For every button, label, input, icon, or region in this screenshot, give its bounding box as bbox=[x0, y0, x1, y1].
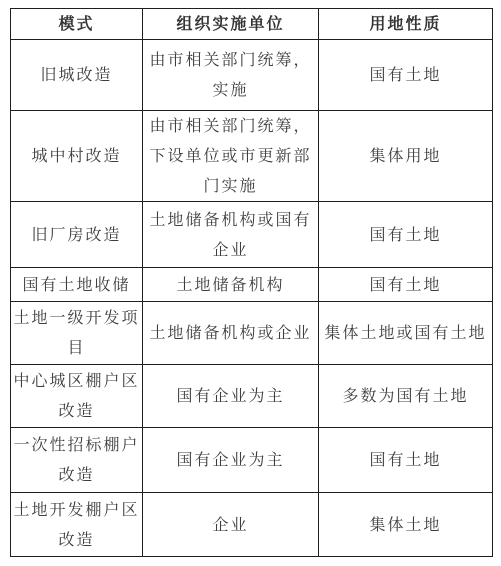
column-header-implementing-unit: 组织实施单位 bbox=[143, 9, 319, 40]
land-use-modes-table: 模式 组织实施单位 用地性质 旧城改造 由市相关部门统筹，实施 国有土地 城中村… bbox=[10, 8, 493, 557]
cell-mode: 一次性招标棚户改造 bbox=[11, 428, 143, 493]
cell-implementing-unit: 由市相关部门统筹，下设单位或市更新部门实施 bbox=[143, 111, 319, 202]
table-row: 旧城改造 由市相关部门统筹，实施 国有土地 bbox=[11, 40, 493, 111]
cell-mode: 中心城区棚户区改造 bbox=[11, 365, 143, 428]
cell-land-nature: 多数为国有土地 bbox=[319, 365, 493, 428]
cell-land-nature: 国有土地 bbox=[319, 202, 493, 268]
cell-mode: 土地开发棚户区改造 bbox=[11, 493, 143, 557]
column-header-land-nature: 用地性质 bbox=[319, 9, 493, 40]
cell-implementing-unit: 由市相关部门统筹，实施 bbox=[143, 40, 319, 111]
cell-land-nature: 国有土地 bbox=[319, 40, 493, 111]
cell-implementing-unit: 国有企业为主 bbox=[143, 365, 319, 428]
cell-mode: 旧厂房改造 bbox=[11, 202, 143, 268]
column-header-mode: 模式 bbox=[11, 9, 143, 40]
cell-land-nature: 集体土地 bbox=[319, 493, 493, 557]
table-row: 国有土地收储 土地储备机构 国有土地 bbox=[11, 268, 493, 302]
cell-mode: 城中村改造 bbox=[11, 111, 143, 202]
table-row: 土地一级开发项目 土地储备机构或企业 集体土地或国有土地 bbox=[11, 302, 493, 365]
cell-implementing-unit: 土地储备机构或国有企业 bbox=[143, 202, 319, 268]
cell-mode: 土地一级开发项目 bbox=[11, 302, 143, 365]
table-row: 一次性招标棚户改造 国有企业为主 国有土地 bbox=[11, 428, 493, 493]
table-row: 城中村改造 由市相关部门统筹，下设单位或市更新部门实施 集体用地 bbox=[11, 111, 493, 202]
cell-implementing-unit: 国有企业为主 bbox=[143, 428, 319, 493]
cell-land-nature: 国有土地 bbox=[319, 268, 493, 302]
cell-mode: 旧城改造 bbox=[11, 40, 143, 111]
table-row: 土地开发棚户区改造 企业 集体土地 bbox=[11, 493, 493, 557]
cell-land-nature: 集体用地 bbox=[319, 111, 493, 202]
table-row: 中心城区棚户区改造 国有企业为主 多数为国有土地 bbox=[11, 365, 493, 428]
cell-land-nature: 集体土地或国有土地 bbox=[319, 302, 493, 365]
cell-implementing-unit: 企业 bbox=[143, 493, 319, 557]
cell-mode: 国有土地收储 bbox=[11, 268, 143, 302]
table-row: 旧厂房改造 土地储备机构或国有企业 国有土地 bbox=[11, 202, 493, 268]
cell-implementing-unit: 土地储备机构或企业 bbox=[143, 302, 319, 365]
cell-land-nature: 国有土地 bbox=[319, 428, 493, 493]
table-header-row: 模式 组织实施单位 用地性质 bbox=[11, 9, 493, 40]
cell-implementing-unit: 土地储备机构 bbox=[143, 268, 319, 302]
